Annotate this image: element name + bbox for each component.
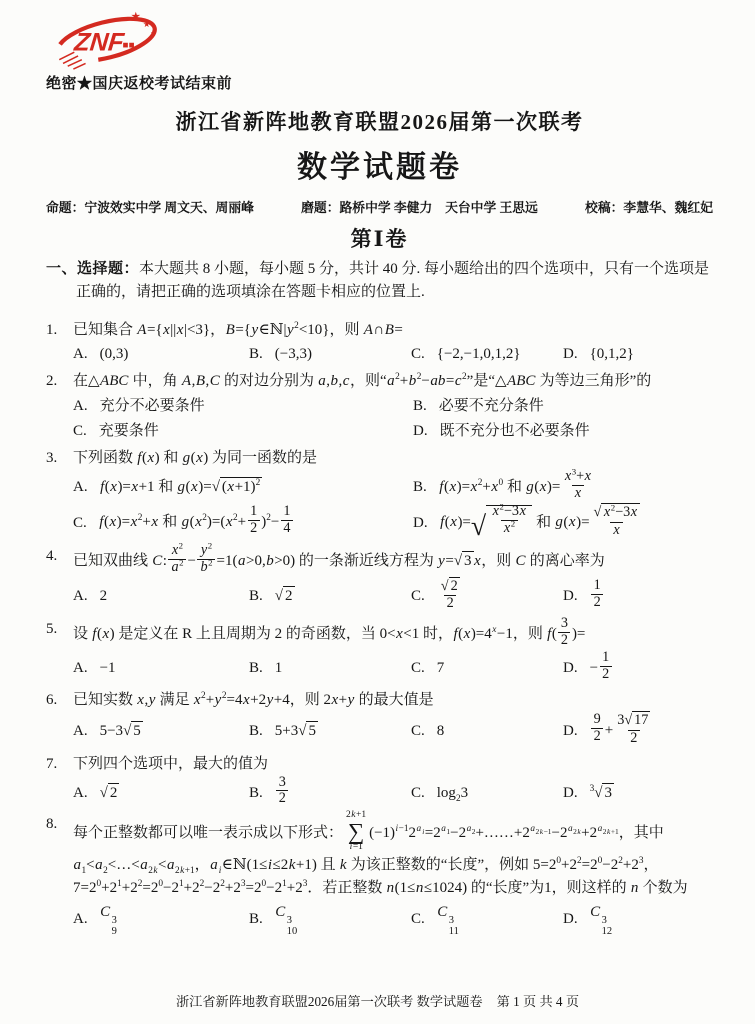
option-value: 充要条件 xyxy=(99,420,159,443)
option-label: D. xyxy=(413,512,428,535)
option-6a: A.5−35 xyxy=(73,713,249,749)
question-text: 已知实数 x,y 满足 x2+y2=4x+2y+4，则 2x+y 的最大值是 xyxy=(73,689,713,712)
question-6-options: A.5−35 B.5+35 C.8 D.92+3172 xyxy=(73,713,713,749)
option-7d: D.33 xyxy=(563,777,713,810)
option-7b: B.32 xyxy=(249,777,411,810)
option-label: A. xyxy=(73,908,88,931)
question-text: 下列函数 f(x) 和 g(x) 为同一函数的是 xyxy=(73,447,713,470)
logo-seal-marks xyxy=(123,43,134,48)
question-8-stem: 8. 每个正整数都可以唯一表示成以下形式：2k+1∑i=1(−1)i−12ai=… xyxy=(46,813,713,899)
option-value: f(x)=x2−3xx2 和 g(x)=x2−3xx xyxy=(440,505,644,541)
option-7a: A.2 xyxy=(73,777,249,810)
option-value: f(x)=x+1 和 g(x)=(x+1)2 xyxy=(100,476,263,499)
option-label: C. xyxy=(73,420,87,443)
question-text: 已知双曲线 C:x2a2−y2b2=1(a>0,b>0) 的一条渐近线方程为 y… xyxy=(73,545,713,578)
option-value: f(x)=x2+x0 和 g(x)=x3+xx xyxy=(439,471,596,504)
option-value: (0,3) xyxy=(100,343,129,366)
option-label: D. xyxy=(563,343,578,366)
option-label: B. xyxy=(249,782,263,805)
option-label: B. xyxy=(249,585,263,608)
option-value: 必要不充分条件 xyxy=(439,395,544,418)
option-label: D. xyxy=(563,657,578,680)
option-label: B. xyxy=(413,395,427,418)
question-5-stem: 5. 设 f(x) 是定义在 R 上且周期为 2 的奇函数，当 0<x<1 时，… xyxy=(46,618,713,651)
svg-text:★: ★ xyxy=(131,11,141,23)
credits-line: 命题：宁波效实中学 周文天、周丽峰 磨题：路桥中学 李健力 天台中学 王思远 校… xyxy=(46,197,713,216)
page-footer: 浙江省新阵地教育联盟2026届第一次联考 数学试题卷第 1 页 共 4 页 xyxy=(0,991,755,1010)
question-3-options: A.f(x)=x+1 和 g(x)=(x+1)2 B.f(x)=x2+x0 和 … xyxy=(73,471,713,541)
question-text: 在△ABC 中，角 A,B,C 的对边分别为 a,b,c，则“a2+b2−ab=… xyxy=(73,370,713,393)
question-number: 4. xyxy=(46,545,73,578)
option-4c: C.22 xyxy=(411,579,563,615)
option-value: 2 xyxy=(100,782,120,805)
paper-title: 数学试题卷 xyxy=(46,142,713,186)
question-8: 8. 每个正整数都可以唯一表示成以下形式：2k+1∑i=1(−1)i−12ai=… xyxy=(46,813,713,936)
option-value: (−3,3) xyxy=(275,343,312,366)
option-7c: C.log23 xyxy=(411,777,563,810)
option-label: B. xyxy=(249,720,263,743)
option-value: C310 xyxy=(275,901,298,937)
option-value: 既不充分也不必要条件 xyxy=(440,420,590,443)
option-1b: B.(−3,3) xyxy=(249,342,411,366)
credit-polisher: 磨题：路桥中学 李健力 天台中学 王思远 xyxy=(301,197,538,216)
option-1c: C.{−2,−1,0,1,2} xyxy=(411,342,563,366)
option-label: C. xyxy=(411,720,425,743)
option-1d: D.{0,1,2} xyxy=(563,342,713,366)
option-8d: D.C312 xyxy=(563,901,713,937)
classification-label: 绝密★国庆返校考试结束前 xyxy=(46,72,713,93)
question-4-options: A.2 B.2 C.22 D.12 xyxy=(73,579,713,615)
footer-doc-title: 浙江省新阵地教育联盟2026届第一次联考 数学试题卷 xyxy=(176,994,483,1009)
option-value: 22 xyxy=(437,579,464,615)
option-value: log23 xyxy=(437,782,468,805)
option-5d: D.−12 xyxy=(563,652,713,685)
option-value: 92+3172 xyxy=(590,713,655,749)
option-3a: A.f(x)=x+1 和 g(x)=(x+1)2 xyxy=(73,471,413,504)
svg-text:★: ★ xyxy=(143,19,151,29)
option-label: A. xyxy=(73,476,88,499)
option-4d: D.12 xyxy=(563,579,713,615)
option-6b: B.5+35 xyxy=(249,713,411,749)
question-number: 5. xyxy=(46,618,73,651)
option-label: C. xyxy=(411,343,425,366)
option-8a: A.C39 xyxy=(73,901,249,937)
option-label: C. xyxy=(411,585,425,608)
option-4a: A.2 xyxy=(73,579,249,615)
question-number: 3. xyxy=(46,447,73,470)
logo-text: ZNF xyxy=(72,28,127,56)
question-2-options: A.充分不必要条件 B.必要不充分条件 C.充要条件 D.既不充分也不必要条件 xyxy=(73,394,713,443)
question-number: 7. xyxy=(46,753,73,776)
option-8c: C.C311 xyxy=(411,901,563,937)
option-5c: C.7 xyxy=(411,652,563,685)
option-value: {0,1,2} xyxy=(590,343,634,366)
question-number: 8. xyxy=(46,813,73,899)
question-1-stem: 1. 已知集合 A={x||x|<3}，B={y∈ℕ|y2<10}，则 A∩B= xyxy=(46,319,713,342)
question-text: 设 f(x) 是定义在 R 上且周期为 2 的奇函数，当 0<x<1 时，f(x… xyxy=(73,618,713,651)
option-value: 2 xyxy=(275,585,295,608)
option-label: B. xyxy=(249,343,263,366)
option-4b: B.2 xyxy=(249,579,411,615)
option-value: 33 xyxy=(590,782,614,805)
option-5b: B.1 xyxy=(249,652,411,685)
option-label: D. xyxy=(563,720,578,743)
question-7-options: A.2 B.32 C.log23 D.33 xyxy=(73,777,713,810)
question-4-stem: 4. 已知双曲线 C:x2a2−y2b2=1(a>0,b>0) 的一条渐近线方程… xyxy=(46,545,713,578)
instructions-label: 一、选择题： xyxy=(46,261,139,277)
option-value: {−2,−1,0,1,2} xyxy=(437,343,521,366)
question-6-stem: 6. 已知实数 x,y 满足 x2+y2=4x+2y+4，则 2x+y 的最大值… xyxy=(46,689,713,712)
option-label: A. xyxy=(73,657,88,680)
question-3-stem: 3. 下列函数 f(x) 和 g(x) 为同一函数的是 xyxy=(46,447,713,470)
option-value: 12 xyxy=(590,580,605,613)
option-value: 7 xyxy=(437,657,445,680)
option-label: A. xyxy=(73,343,88,366)
option-value: 1 xyxy=(275,657,283,680)
option-2d: D.既不充分也不必要条件 xyxy=(413,419,713,443)
option-label: B. xyxy=(413,476,427,499)
credit-proofreader: 校稿：李慧华、魏红妃 xyxy=(585,197,713,216)
option-value: C39 xyxy=(100,901,117,937)
option-6d: D.92+3172 xyxy=(563,713,713,749)
znf-logo-graphic: ZNF ★ ★ ★ xyxy=(48,8,172,70)
option-value: −1 xyxy=(100,657,116,680)
question-text: 每个正整数都可以唯一表示成以下形式：2k+1∑i=1(−1)i−12ai=2a1… xyxy=(73,813,713,899)
svg-text:★: ★ xyxy=(150,29,156,37)
option-label: A. xyxy=(73,782,88,805)
option-8b: B.C310 xyxy=(249,901,411,937)
option-value: 32 xyxy=(275,777,290,810)
option-label: A. xyxy=(73,585,88,608)
question-5-options: A.−1 B.1 C.7 D.−12 xyxy=(73,652,713,685)
option-label: D. xyxy=(563,585,578,608)
option-label: D. xyxy=(563,782,578,805)
option-label: A. xyxy=(73,395,88,418)
question-number: 1. xyxy=(46,319,73,342)
option-label: B. xyxy=(249,657,263,680)
option-2a: A.充分不必要条件 xyxy=(73,394,413,418)
option-value: 5+35 xyxy=(275,720,318,743)
footer-page-number: 第 1 页 共 4 页 xyxy=(497,994,579,1009)
question-1: 1. 已知集合 A={x||x|<3}，B={y∈ℕ|y2<10}，则 A∩B=… xyxy=(46,319,713,367)
exam-title: 浙江省新阵地教育联盟2026届第一次联考 xyxy=(46,106,713,136)
option-2b: B.必要不充分条件 xyxy=(413,394,713,418)
option-label: D. xyxy=(413,420,428,443)
question-7-stem: 7. 下列四个选项中，最大的值为 xyxy=(46,753,713,776)
znf-logo: ZNF ★ ★ ★ xyxy=(48,8,713,70)
option-label: A. xyxy=(73,720,88,743)
question-8-options: A.C39 B.C310 C.C311 D.C312 xyxy=(73,901,713,937)
question-text: 下列四个选项中，最大的值为 xyxy=(73,753,713,776)
instructions-text: 本大题共 8 小题，每小题 5 分，共计 40 分. 每小题给出的四个选项中，只… xyxy=(76,261,709,300)
question-3: 3. 下列函数 f(x) 和 g(x) 为同一函数的是 A.f(x)=x+1 和… xyxy=(46,447,713,540)
credit-setter: 命题：宁波效实中学 周文天、周丽峰 xyxy=(46,197,254,216)
option-value: 2 xyxy=(100,585,108,608)
option-label: B. xyxy=(249,908,263,931)
option-value: 5−35 xyxy=(100,720,143,743)
option-3c: C.f(x)=x2+x 和 g(x2)=(x2+12)2−14 xyxy=(73,505,413,541)
section-title: 第Ⅰ卷 xyxy=(46,223,713,253)
question-1-options: A.(0,3) B.(−3,3) C.{−2,−1,0,1,2} D.{0,1,… xyxy=(73,342,713,366)
question-number: 2. xyxy=(46,370,73,393)
question-5: 5. 设 f(x) 是定义在 R 上且周期为 2 的奇函数，当 0<x<1 时，… xyxy=(46,618,713,685)
option-value: −12 xyxy=(590,652,614,685)
option-value: f(x)=x2+x 和 g(x2)=(x2+12)2−14 xyxy=(99,506,295,539)
exam-page: ZNF ★ ★ ★ 绝密★国庆返校考试结束前 浙江省新阵地教育联盟2026届第一… xyxy=(0,0,755,937)
option-label: C. xyxy=(411,782,425,805)
section-instructions: 一、选择题：本大题共 8 小题，每小题 5 分，共计 40 分. 每小题给出的四… xyxy=(46,258,713,304)
question-2: 2. 在△ABC 中，角 A,B,C 的对边分别为 a,b,c，则“a2+b2−… xyxy=(46,370,713,443)
option-value: C311 xyxy=(437,901,459,937)
option-3b: B.f(x)=x2+x0 和 g(x)=x3+xx xyxy=(413,471,713,504)
option-label: C. xyxy=(411,908,425,931)
option-2c: C.充要条件 xyxy=(73,419,413,443)
question-text: 已知集合 A={x||x|<3}，B={y∈ℕ|y2<10}，则 A∩B= xyxy=(73,319,713,342)
question-6: 6. 已知实数 x,y 满足 x2+y2=4x+2y+4，则 2x+y 的最大值… xyxy=(46,689,713,749)
question-4: 4. 已知双曲线 C:x2a2−y2b2=1(a>0,b>0) 的一条渐近线方程… xyxy=(46,545,713,615)
option-value: 8 xyxy=(437,720,445,743)
option-label: D. xyxy=(563,908,578,931)
option-value: 充分不必要条件 xyxy=(100,395,205,418)
option-6c: C.8 xyxy=(411,713,563,749)
option-label: C. xyxy=(73,512,87,535)
option-label: C. xyxy=(411,657,425,680)
option-3d: D.f(x)=x2−3xx2 和 g(x)=x2−3xx xyxy=(413,505,713,541)
question-7: 7. 下列四个选项中，最大的值为 A.2 B.32 C.log23 D.33 xyxy=(46,753,713,810)
option-1a: A.(0,3) xyxy=(73,342,249,366)
option-value: C312 xyxy=(590,901,613,937)
question-2-stem: 2. 在△ABC 中，角 A,B,C 的对边分别为 a,b,c，则“a2+b2−… xyxy=(46,370,713,393)
option-5a: A.−1 xyxy=(73,652,249,685)
question-number: 6. xyxy=(46,689,73,712)
